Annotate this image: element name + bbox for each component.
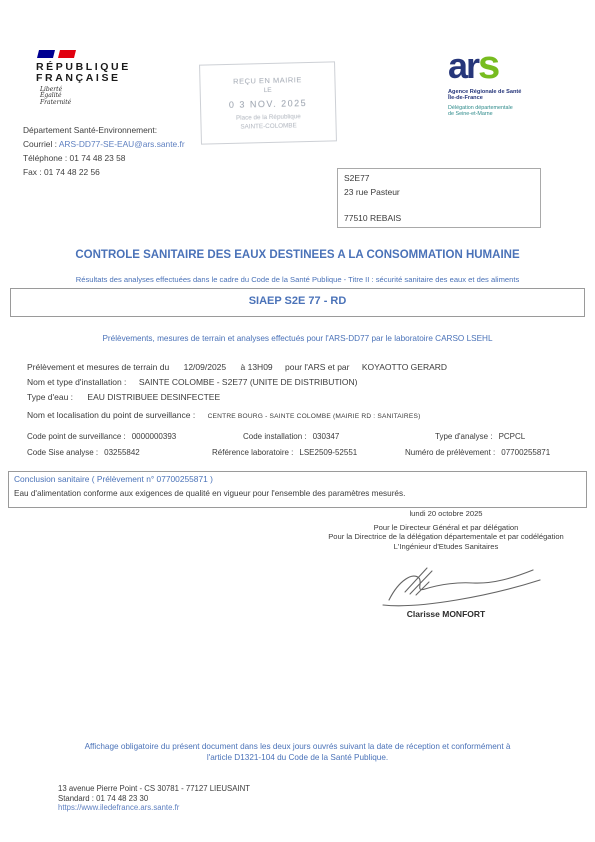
code-sise: Code Sise analyse :03255842 bbox=[27, 448, 140, 457]
installation-label: Nom et type d'installation : bbox=[27, 377, 126, 387]
ars-agency-text: Agence Régionale de Santé Île-de-France bbox=[448, 89, 568, 102]
ars-logo: ars Agence Régionale de Santé Île-de-Fra… bbox=[448, 48, 568, 117]
document-page: RÉPUBLIQUE FRANÇAISE Liberté Égalité Fra… bbox=[0, 0, 595, 842]
conclusion-title: Conclusion sanitaire ( Prélèvement n° 07… bbox=[14, 474, 213, 484]
display-notice-line2: l'article D1321-104 du Code de la Santé … bbox=[0, 753, 595, 762]
signature-delegation-line1: Pour le Directeur Général et par délégat… bbox=[300, 523, 592, 533]
installation-value: SAINTE COLOMBE - S2E77 (UNITE DE DISTRIB… bbox=[139, 377, 358, 387]
lab-reference: Référence laboratoire :LSE2509-52551 bbox=[212, 448, 357, 457]
code-installation-label: Code installation : bbox=[243, 432, 307, 441]
surveillance-point-value: CENTRE BOURG - SAINTE COLOMBE (MAIRIE RD… bbox=[208, 413, 421, 420]
sampling-agent: KOYAOTTO GERARD bbox=[362, 362, 447, 372]
ars-delegation-line2: de Seine-et-Marne bbox=[448, 111, 568, 117]
stamp-line2: LE bbox=[264, 87, 272, 94]
analysis-type-value: PCPCL bbox=[499, 432, 526, 441]
republique-wordmark-line2: FRANÇAISE bbox=[36, 72, 121, 84]
sampling-label: Prélèvement et mesures de terrain du bbox=[27, 362, 169, 372]
email-link[interactable]: ARS-DD77-SE-EAU@ars.sante.fr bbox=[59, 139, 185, 149]
code-sise-value: 03255842 bbox=[104, 448, 140, 457]
conclusion-text: Eau d'alimentation conforme aux exigence… bbox=[14, 489, 405, 498]
email-line: Courriel : ARS-DD77-SE-EAU@ars.sante.fr bbox=[23, 137, 185, 151]
ars-letters-ar: ar bbox=[448, 45, 478, 86]
document-subtitle: Résultats des analyses effectuées dans l… bbox=[0, 275, 595, 284]
phone-line: Téléphone : 01 74 48 23 58 bbox=[23, 151, 185, 165]
fax-line: Fax : 01 74 48 22 56 bbox=[23, 165, 185, 179]
french-flag-icon bbox=[36, 50, 80, 60]
water-type-label: Type d'eau : bbox=[27, 392, 73, 402]
lab-reference-value: LSE2509-52551 bbox=[299, 448, 357, 457]
sample-number: Numéro de prélèvement :07700255871 bbox=[405, 448, 550, 457]
sampling-line: Prélèvement et mesures de terrain du 12/… bbox=[27, 362, 447, 372]
republique-motto: Liberté Égalité Fraternité bbox=[40, 87, 71, 106]
department-line: Département Santé-Environnement: bbox=[23, 123, 185, 137]
document-title: CONTROLE SANITAIRE DES EAUX DESTINEES A … bbox=[0, 249, 595, 261]
recipient-city: 77510 REBAIS bbox=[344, 213, 401, 223]
code-point-surveillance: Code point de surveillance :0000000393 bbox=[27, 432, 176, 441]
sample-number-label: Numéro de prélèvement : bbox=[405, 448, 495, 457]
stamp-line4: Place de la République bbox=[236, 113, 301, 122]
mairie-received-stamp: REÇU EN MAIRIE LE 0 3 NOV. 2025 Place de… bbox=[199, 61, 337, 144]
footer-website-link[interactable]: https://www.iledefrance.ars.sante.fr bbox=[58, 803, 179, 812]
display-notice-line1: Affichage obligatoire du présent documen… bbox=[0, 742, 595, 751]
ars-wordmark: ars bbox=[448, 48, 568, 91]
code-installation-value: 030347 bbox=[313, 432, 340, 441]
surveillance-point-line: Nom et localisation du point de surveill… bbox=[27, 410, 421, 420]
laboratory-line: Prélèvements, mesures de terrain et anal… bbox=[0, 334, 595, 343]
recipient-address-box: S2E77 23 rue Pasteur 77510 REBAIS bbox=[337, 168, 541, 228]
signature-delegation-line2: Pour la Directrice de la délégation dépa… bbox=[300, 532, 592, 542]
sender-contact-block: Département Santé-Environnement: Courrie… bbox=[23, 123, 185, 179]
signatory-name: Clarisse MONFORT bbox=[300, 609, 592, 619]
water-type-value: EAU DISTRIBUEE DESINFECTEE bbox=[87, 392, 220, 402]
lab-reference-label: Référence laboratoire : bbox=[212, 448, 293, 457]
ars-agency-line2: Île-de-France bbox=[448, 95, 568, 101]
stamp-line1: REÇU EN MAIRIE bbox=[233, 75, 302, 86]
analysis-type-label: Type d'analyse : bbox=[435, 432, 493, 441]
code-sise-label: Code Sise analyse : bbox=[27, 448, 98, 457]
code-point-label: Code point de surveillance : bbox=[27, 432, 126, 441]
network-name: SIAEP S2E 77 - RD bbox=[0, 295, 595, 307]
sampling-for: pour l'ARS et par bbox=[285, 362, 349, 372]
stamp-date: 0 3 NOV. 2025 bbox=[229, 98, 307, 110]
sample-number-value: 07700255871 bbox=[501, 448, 550, 457]
recipient-street: 23 rue Pasteur bbox=[344, 187, 400, 197]
signature-delegation-line3: L'Ingénieur d'Etudes Sanitaires bbox=[300, 542, 592, 552]
flag-red-stripe bbox=[58, 50, 76, 58]
sampling-time: à 13H09 bbox=[241, 362, 273, 372]
motto-fraternite: Fraternité bbox=[40, 100, 71, 106]
surveillance-point-label: Nom et localisation du point de surveill… bbox=[27, 410, 195, 420]
code-installation: Code installation :030347 bbox=[243, 432, 339, 441]
email-label: Courriel : bbox=[23, 139, 59, 149]
handwritten-signature bbox=[375, 560, 545, 608]
analysis-type: Type d'analyse :PCPCL bbox=[435, 432, 525, 441]
sampling-date: 12/09/2025 bbox=[184, 362, 227, 372]
signature-date: lundi 20 octobre 2025 bbox=[300, 509, 592, 519]
water-type-line: Type d'eau : EAU DISTRIBUEE DESINFECTEE bbox=[27, 392, 220, 402]
stamp-line5: SAINTE-COLOMBE bbox=[240, 122, 296, 130]
signature-block: lundi 20 octobre 2025 Pour le Directeur … bbox=[300, 509, 592, 551]
ars-letter-s: s bbox=[478, 43, 498, 87]
flag-blue-stripe bbox=[37, 50, 55, 58]
footer-standard-phone: Standard : 01 74 48 23 30 bbox=[58, 794, 148, 803]
recipient-name: S2E77 bbox=[344, 173, 370, 183]
installation-line: Nom et type d'installation : SAINTE COLO… bbox=[27, 377, 357, 387]
footer-address: 13 avenue Pierre Point - CS 30781 - 7712… bbox=[58, 784, 250, 793]
code-point-value: 0000000393 bbox=[132, 432, 177, 441]
ars-delegation-text: Délégation départementale de Seine-et-Ma… bbox=[448, 105, 568, 117]
